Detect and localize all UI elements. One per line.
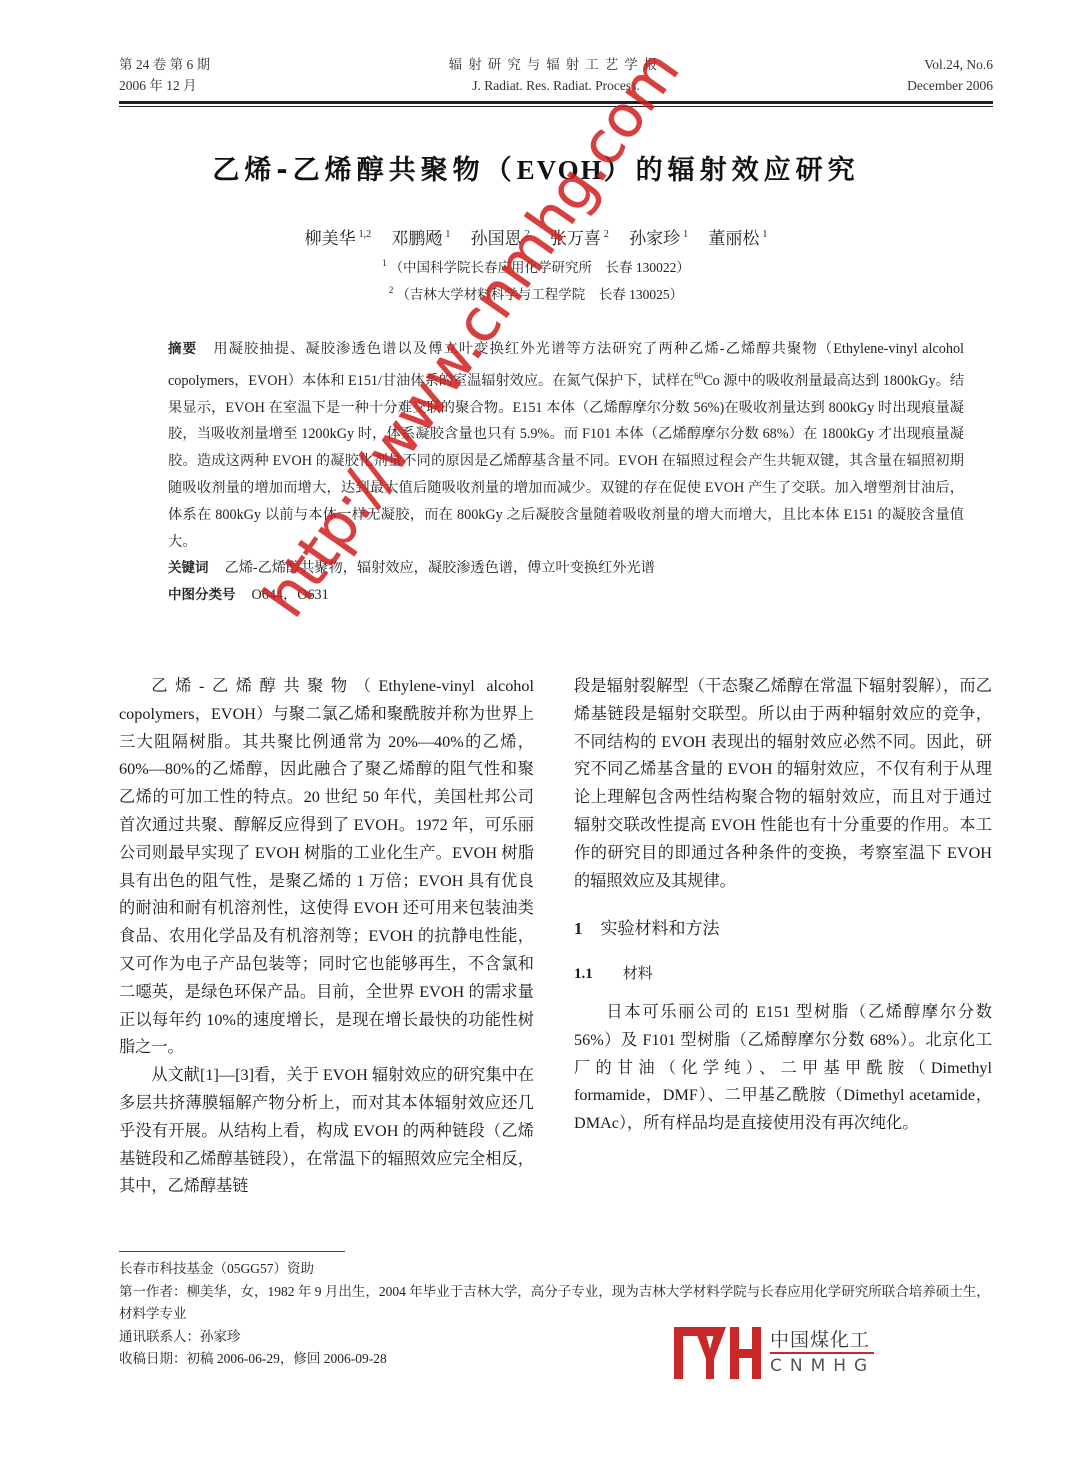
logo-mark-icon — [672, 1325, 764, 1381]
header-volume-info-en: Vol.24, No.6 December 2006 — [907, 54, 993, 96]
paper-title: 乙烯-乙烯醇共聚物（EVOH）的辐射效应研究 — [0, 148, 1072, 187]
abstract-block: 摘要用凝胶抽提、凝胶渗透色谱以及傅立叶变换红外光谱等方法研究了两种乙烯-乙烯醇共… — [168, 336, 964, 609]
clc-label: 中图分类号 — [168, 587, 236, 603]
journal-name-en: J. Radiat. Res. Radiat. Process. — [119, 75, 993, 96]
running-header: 第 24 卷 第 6 期 2006 年 12 月 辐射研究与辐射工艺学报 J. … — [119, 54, 993, 102]
body-column-left: 乙烯-乙烯醇共聚物（Ethylene-vinyl alcohol copolym… — [119, 673, 534, 1201]
header-volume-issue-en: Vol.24, No.6 — [907, 54, 993, 75]
abstract-text: 摘要用凝胶抽提、凝胶渗透色谱以及傅立叶变换红外光谱等方法研究了两种乙烯-乙烯醇共… — [168, 336, 964, 555]
logo-text-en: CNMHG — [770, 1356, 875, 1376]
affiliation-1: 1（中国科学院长春应用化学研究所 长春 130022） — [0, 256, 1072, 276]
journal-name-cn: 辐射研究与辐射工艺学报 — [119, 54, 993, 75]
clc-text: O644，O631 — [252, 587, 329, 603]
abstract-label: 摘要 — [168, 341, 197, 357]
footnote-first-author: 第一作者：柳美华，女，1982 年 9 月出生，2004 年毕业于吉林大学，高分… — [119, 1281, 994, 1326]
header-date-en: December 2006 — [907, 75, 993, 96]
cnmhg-logo: 中国煤化工 CNMHG — [672, 1325, 882, 1381]
header-rule-thin — [119, 106, 993, 107]
author-list: 柳美华1,2 邓鹏飏1 孙国恩2 张万喜2 孙家珍1 董丽松1 — [0, 224, 1072, 249]
footnote-rule — [119, 1251, 345, 1252]
logo-text-cn: 中国煤化工 — [770, 1325, 870, 1352]
author: 董丽松1 — [708, 229, 767, 248]
section-heading-1: 1实验材料和方法 — [574, 915, 992, 944]
body-paragraph: 日本可乐丽公司的 E151 型树脂（乙烯醇摩尔分数 56%）及 F101 型树脂… — [574, 999, 992, 1138]
author: 邓鹏飏1 — [391, 229, 450, 248]
header-journal-name: 辐射研究与辐射工艺学报 J. Radiat. Res. Radiat. Proc… — [119, 54, 993, 96]
logo-divider — [770, 1352, 874, 1354]
title-prefix: 乙烯-乙烯醇共聚物（ — [212, 155, 516, 186]
body-paragraph: 段是辐射裂解型（干态聚乙烯醇在常温下辐射裂解），而乙烯基链段是辐射交联型。所以由… — [574, 673, 992, 895]
keywords-text: 乙烯-乙烯醇共聚物，辐射效应，凝胶渗透色谱，傅立叶变换红外光谱 — [225, 560, 655, 576]
author: 柳美华1,2 — [305, 229, 372, 248]
clc-line: 中图分类号O644，O631 — [168, 582, 964, 609]
section-heading-1-1: 1.1材料 — [574, 960, 992, 989]
keywords-line: 关键词乙烯-乙烯醇共聚物，辐射效应，凝胶渗透色谱，傅立叶变换红外光谱 — [168, 555, 964, 582]
author: 孙家珍1 — [629, 229, 688, 248]
header-rule-thick — [119, 101, 993, 104]
body-paragraph: 乙烯-乙烯醇共聚物（Ethylene-vinyl alcohol copolym… — [119, 673, 534, 1062]
keywords-label: 关键词 — [168, 560, 209, 576]
author: 孙国恩2 — [471, 229, 530, 248]
footnote-funding: 长春市科技基金（05GG57）资助 — [119, 1258, 994, 1281]
author: 张万喜2 — [550, 229, 609, 248]
title-suffix: ）的辐射效应研究 — [604, 155, 860, 186]
body-column-right: 段是辐射裂解型（干态聚乙烯醇在常温下辐射裂解），而乙烯基链段是辐射交联型。所以由… — [574, 673, 992, 1138]
affiliation-2: 2（吉林大学材料科学与工程学院 长春 130025） — [0, 283, 1072, 303]
body-paragraph: 从文献[1]—[3]看，关于 EVOH 辐射效应的研究集中在多层共挤薄膜辐解产物… — [119, 1062, 534, 1201]
title-abbr: EVOH — [517, 155, 604, 185]
